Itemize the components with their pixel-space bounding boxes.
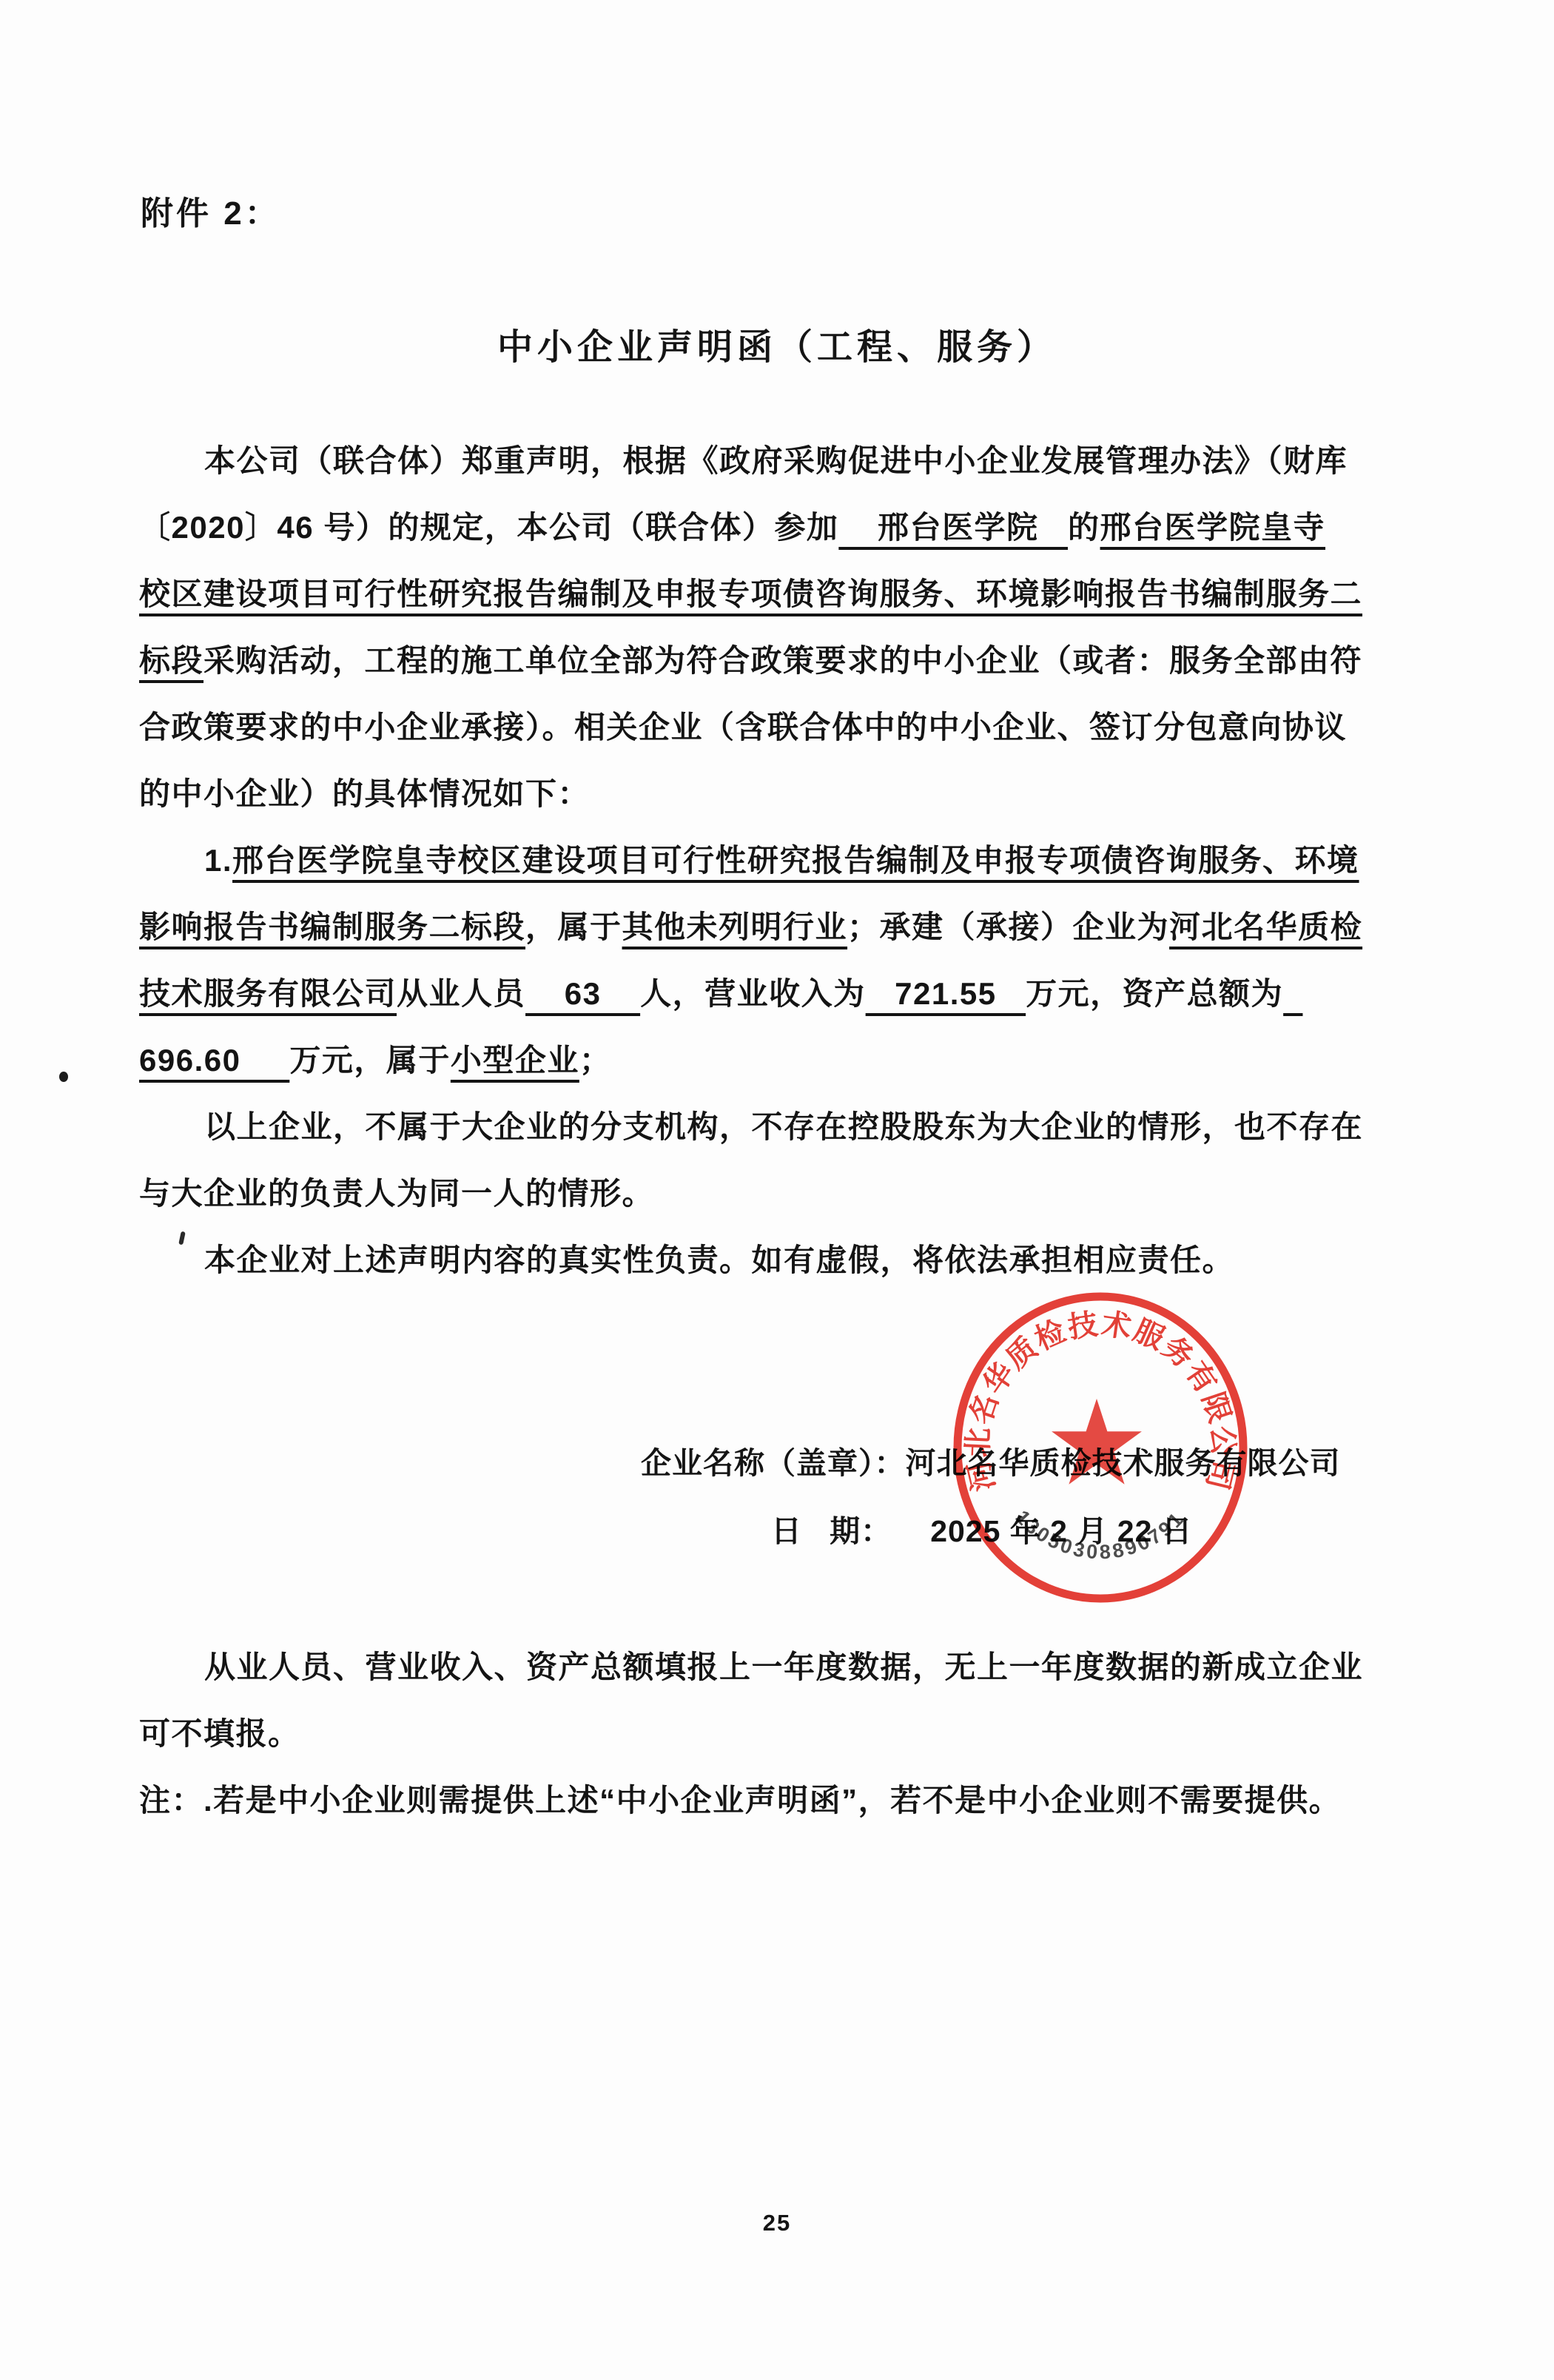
static-text: 本企业对上述声明内容的真实性负责。如有虚假，将依法承担相应责任。 (204, 1243, 1234, 1277)
underlined-fill-in: 721.55 (866, 976, 1026, 1011)
static-text: 可不填报。 (139, 1716, 300, 1751)
ink-speck (59, 1072, 68, 1082)
static-text: 与大企业的负责人为同一人的情形。 (139, 1176, 654, 1211)
text-line: 1.邢台医学院皇寺校区建设项目可行性研究报告编制及申报专项债咨询服务、环境 (139, 827, 1415, 894)
page-number: 25 (0, 2210, 1554, 2236)
static-text: 从业人员、营业收入、资产总额填报上一年度数据，无上一年度数据的新成立企业 (204, 1650, 1363, 1684)
text-line: 校区建设项目可行性研究报告编制及申报专项债咨询服务、环境影响报告书编制服务二 (139, 561, 1415, 628)
text-line: 696.60 万元，属于小型企业； (139, 1027, 1415, 1094)
notes-paragraph: 从业人员、营业收入、资产总额填报上一年度数据，无上一年度数据的新成立企业可不填报… (139, 1634, 1415, 1834)
text-line: 从业人员、营业收入、资产总额填报上一年度数据，无上一年度数据的新成立企业 (139, 1634, 1415, 1701)
underlined-fill-in: 其他未列明行业 (622, 910, 848, 944)
static-text: ，属于 (525, 910, 622, 944)
underlined-fill-in: 696.60 (139, 1043, 289, 1078)
underlined-fill-in (1283, 976, 1302, 1011)
underlined-fill-in: 小型企业 (451, 1043, 579, 1078)
text-line: 以上企业，不属于大企业的分支机构，不存在控股股东为大企业的情形，也不存在 (139, 1094, 1415, 1160)
underlined-fill-in: 影响报告书编制服务二标段 (139, 910, 525, 944)
static-text: 万元，资产总额为 (1026, 976, 1283, 1011)
text-line: 与大企业的负责人为同一人的情形。 (139, 1160, 1415, 1227)
text-line: 的中小企业）的具体情况如下： (139, 761, 1415, 827)
static-text: 从业人员 (397, 976, 525, 1011)
static-text: 的 (1068, 510, 1100, 545)
underlined-fill-in: 邢台医学院 (838, 510, 1068, 545)
static-text: ；承建（承接）企业为 (847, 910, 1169, 944)
static-text: 采购活动，工程的施工单位全部为符合政策要求的中小企业（或者：服务全部由符 (203, 643, 1362, 678)
text-line: 影响报告书编制服务二标段，属于其他未列明行业；承建（承接）企业为河北名华质检 (139, 894, 1415, 961)
static-text: 的中小企业）的具体情况如下： (139, 776, 590, 811)
underlined-fill-in: 河北名华质检 (1169, 910, 1362, 944)
static-text: 以上企业，不属于大企业的分支机构，不存在控股股东为大企业的情形，也不存在 (204, 1109, 1363, 1144)
underlined-fill-in: 校区建设项目可行性研究报告编制及申报专项债咨询服务、环境影响报告书编制服务二 (139, 576, 1362, 611)
text-line: 本企业对上述声明内容的真实性负责。如有虚假，将依法承担相应责任。 (139, 1227, 1415, 1294)
static-text: 〔2020〕46 号）的规定，本公司（联合体）参加 (139, 510, 838, 545)
text-line: 合政策要求的中小企业承接）。相关企业（含联合体中的中小企业、签订分包意向协议 (139, 694, 1415, 761)
text-line: 本公司（联合体）郑重声明，根据《政府采购促进中小企业发展管理办法》（财库 (139, 428, 1415, 494)
underlined-fill-in: 邢台医学院皇寺 (1100, 510, 1326, 545)
static-text: 1. (204, 843, 232, 878)
declaration-paragraph: 本公司（联合体）郑重声明，根据《政府采购促进中小企业发展管理办法》（财库〔202… (139, 428, 1415, 1294)
date-label: 日 期： (771, 1514, 892, 1548)
text-line: 可不填报。 (139, 1701, 1415, 1767)
seal-star-icon (1052, 1399, 1142, 1485)
text-line: 〔2020〕46 号）的规定，本公司（联合体）参加 邢台医学院 的邢台医学院皇寺 (139, 494, 1415, 561)
underlined-fill-in: 标段 (139, 643, 203, 678)
static-text: 注：.若是中小企业则需提供上述“中小企业声明函”，若不是中小企业则不需要提供。 (139, 1783, 1341, 1818)
svg-text:13050308890791: 13050308890791 (1011, 1506, 1189, 1563)
static-text: 本公司（联合体）郑重声明，根据《政府采购促进中小企业发展管理办法》（财库 (204, 443, 1348, 478)
text-line: 注：.若是中小企业则需提供上述“中小企业声明函”，若不是中小企业则不需要提供。 (139, 1767, 1415, 1834)
attachment-label: 附件 2： (141, 186, 280, 234)
static-text: 人，营业收入为 (640, 976, 866, 1011)
static-text: ； (579, 1043, 612, 1078)
underlined-fill-in: 63 (525, 976, 640, 1011)
text-line: 标段采购活动，工程的施工单位全部为符合政策要求的中小企业（或者：服务全部由符 (139, 628, 1415, 694)
underlined-fill-in: 邢台医学院皇寺校区建设项目可行性研究报告编制及申报专项债咨询服务、环境 (232, 843, 1359, 878)
declaration-document-page: 附件 2： 中小企业声明函（工程、服务） 本公司（联合体）郑重声明，根据《政府采… (0, 0, 1554, 2380)
seal-code: 13050308890791 (1011, 1506, 1189, 1563)
static-text: 万元，属于 (289, 1043, 451, 1078)
underlined-fill-in: 技术服务有限公司 (139, 976, 397, 1011)
company-seal: 河北名华质检技术服务有限公司 13050308890791 (945, 1288, 1256, 1607)
static-text: 合政策要求的中小企业承接）。相关企业（含联合体中的中小企业、签订分包意向协议 (139, 710, 1347, 744)
text-line: 技术服务有限公司从业人员 63 人，营业收入为 721.55 万元，资产总额为 (139, 961, 1415, 1027)
document-title: 中小企业声明函（工程、服务） (0, 318, 1554, 369)
company-name-label: 企业名称（盖章）： (641, 1446, 906, 1480)
